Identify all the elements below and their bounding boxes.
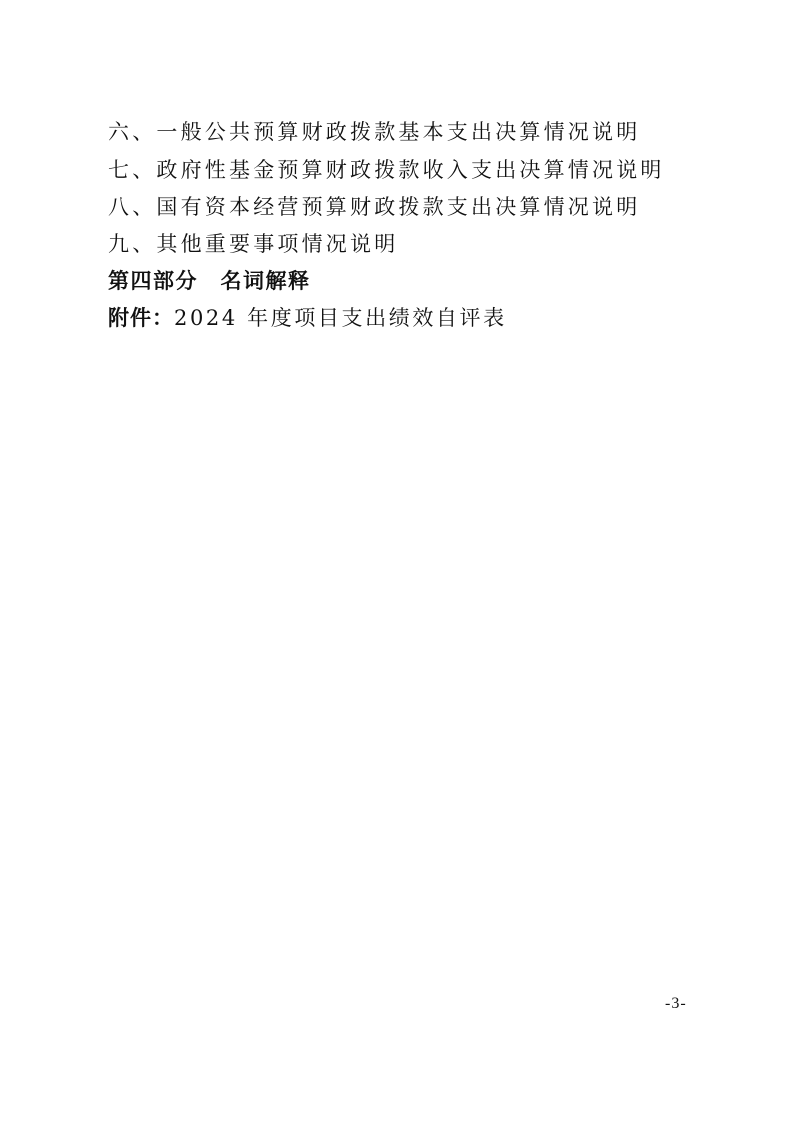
toc-item-7: 七、政府性基金预算财政拨款收入支出决算情况说明: [108, 160, 665, 181]
attachment-label: 附件：: [108, 306, 174, 330]
page-number: -3-: [665, 995, 687, 1013]
part-four-heading: 第四部分 名词解释: [108, 271, 311, 292]
attachment-line: 附件：2024 年度项目支出绩效自评表: [108, 308, 507, 329]
toc-item-6: 六、一般公共预算财政拨款基本支出决算情况说明: [108, 122, 640, 143]
toc-item-9: 九、其他重要事项情况说明: [108, 234, 398, 255]
toc-item-8: 八、国有资本经营预算财政拨款支出决算情况说明: [108, 197, 640, 218]
attachment-text: 2024 年度项目支出绩效自评表: [174, 306, 507, 330]
